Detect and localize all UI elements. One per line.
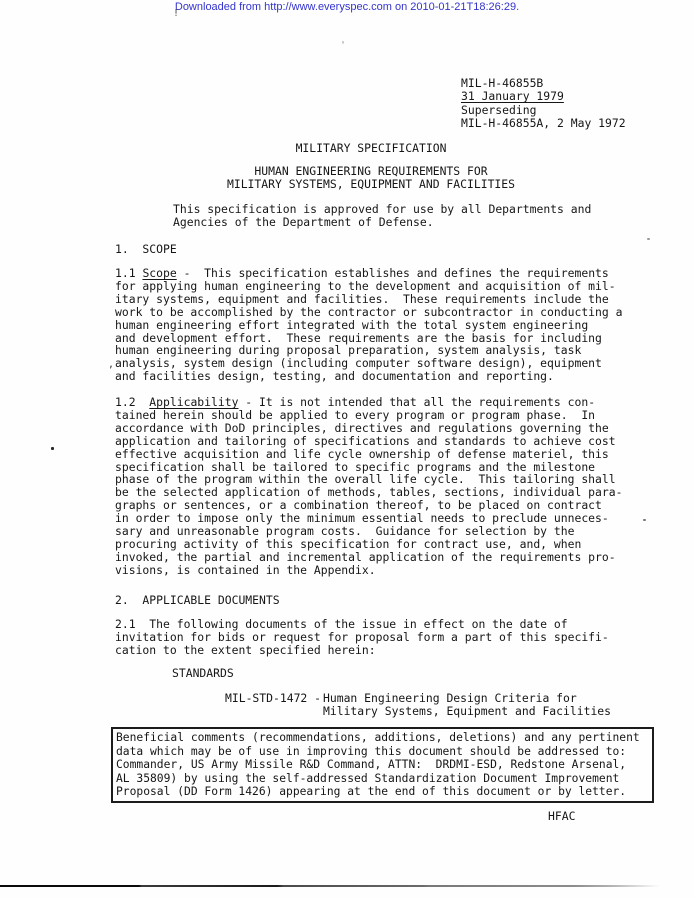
document-title: HUMAN ENGINEERING REQUIREMENTS FOR MILIT… xyxy=(115,165,627,191)
download-watermark: Downloaded from http://www.everyspec.com… xyxy=(0,1,694,13)
paragraph-1-1-number: 1.1 xyxy=(115,266,142,280)
standard-reference: MIL-STD-1472 - xyxy=(225,692,321,705)
standards-label: STANDARDS xyxy=(172,667,234,680)
spec-number: MIL-H-46855B xyxy=(461,77,626,90)
paragraph-2-1: 2.1 The following documents of the issue… xyxy=(115,618,609,657)
paragraph-1-2: 1.2 Applicability - It is not intended t… xyxy=(115,396,622,577)
paragraph-1-1-line1: - This specification establishes and def… xyxy=(177,266,609,280)
scan-edge-line xyxy=(0,885,660,887)
document-id-block: MIL-H-46855B31 January 1979SupersedingMI… xyxy=(461,77,626,131)
scan-speck xyxy=(643,519,646,521)
scan-speck xyxy=(647,238,650,240)
paragraph-1-2-body: tained herein should be applied to every… xyxy=(115,408,622,577)
superseding-label: Superseding xyxy=(461,104,626,117)
approval-statement: This specification is approved for use b… xyxy=(173,203,591,229)
comment-box-text: Beneficial comments (recommendations, ad… xyxy=(116,731,649,799)
paragraph-1-1-body: for applying human engineering to the de… xyxy=(115,279,622,383)
footer-code: HFAC xyxy=(548,810,575,823)
section-2-heading: 2. APPLICABLE DOCUMENTS xyxy=(115,594,280,607)
standard-description: Human Engineering Design Criteria for Mi… xyxy=(323,692,611,718)
spec-date: 31 January 1979 xyxy=(461,90,626,103)
scan-artifact-exclamation: ! xyxy=(173,9,179,19)
scan-speck xyxy=(51,447,54,450)
spec-type-heading: MILITARY SPECIFICATION xyxy=(115,142,627,155)
paragraph-1-2-term: Applicability xyxy=(149,395,238,409)
paragraph-1-2-line1: - It is not intended that all the requir… xyxy=(238,395,595,409)
paragraph-1-2-number: 1.2 xyxy=(115,395,149,409)
scan-artifact-tick: ' xyxy=(340,41,346,51)
section-1-heading: 1. SCOPE xyxy=(115,243,177,256)
scanned-spec-page: Downloaded from http://www.everyspec.com… xyxy=(0,0,694,897)
scan-artifact-comma: , xyxy=(108,360,114,370)
superseded-spec: MIL-H-46855A, 2 May 1972 xyxy=(461,117,626,130)
comment-box: Beneficial comments (recommendations, ad… xyxy=(111,727,654,803)
paragraph-1-1: 1.1 Scope - This specification establish… xyxy=(115,267,622,383)
paragraph-1-1-term: Scope xyxy=(142,266,176,280)
